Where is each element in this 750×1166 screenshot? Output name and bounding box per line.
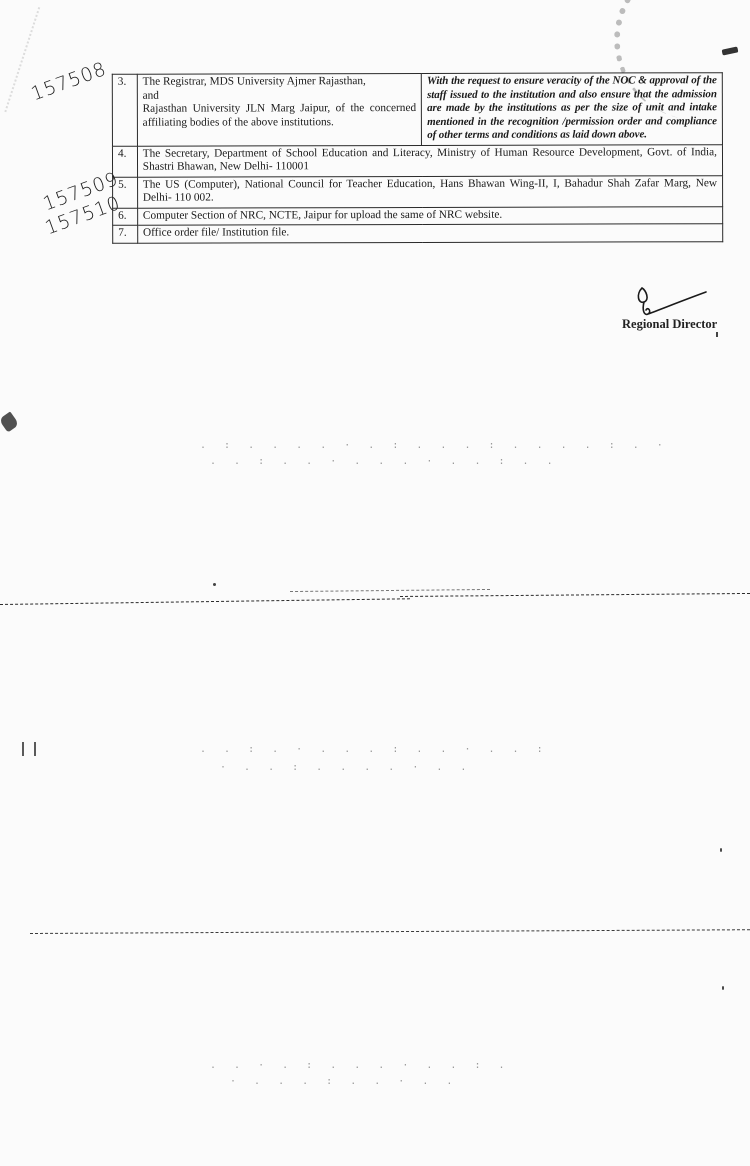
scan-noise: . : . . . . · . : . . . : . . . . : . · — [200, 440, 669, 451]
recipient-cell: The Secretary, Department of School Educ… — [137, 144, 722, 177]
note-cell: With the request to ensure veracity of t… — [422, 73, 723, 145]
scan-speck — [716, 332, 718, 337]
scan-speck — [720, 848, 722, 852]
handwritten-number-1: 157508 — [28, 58, 109, 106]
row-number: 5. — [113, 177, 138, 208]
scan-fold-line — [290, 589, 490, 592]
scan-speck — [22, 742, 36, 756]
row-number: 3. — [112, 74, 137, 146]
scan-noise: . . · . : . . . · . . : . — [210, 1060, 511, 1071]
recipient-line: The Registrar, MDS University Ajmer Raja… — [143, 75, 417, 89]
scan-fold-line — [0, 598, 410, 605]
recipient-cell: The Registrar, MDS University Ajmer Raja… — [137, 73, 422, 145]
recipient-cell: The US (Computer), National Council for … — [137, 175, 722, 208]
table-row: 6. Computer Section of NRC, NCTE, Jaipur… — [113, 207, 723, 226]
table-row: 3. The Registrar, MDS University Ajmer R… — [112, 73, 722, 146]
scanned-document-page: 157508 157509 157510 3. The Registrar, M… — [0, 0, 750, 1166]
table-row: 5. The US (Computer), National Council f… — [113, 175, 723, 208]
scan-speck — [0, 411, 19, 432]
signatory-title: Regional Director — [622, 317, 717, 332]
distribution-table: 3. The Registrar, MDS University Ajmer R… — [112, 72, 723, 244]
recipient-cell: Computer Section of NRC, NCTE, Jaipur fo… — [137, 207, 722, 226]
recipient-cell: Office order file/ Institution file. — [137, 224, 722, 243]
row-number: 7. — [113, 226, 138, 244]
recipient-line: and — [143, 89, 417, 103]
scan-speck — [213, 583, 216, 586]
scan-fold-line — [30, 929, 750, 934]
scan-noise: · . . : . . . . · . . — [220, 762, 472, 773]
scan-noise: . . : . · . . . : . . · . . : — [200, 744, 549, 755]
table-row: 4. The Secretary, Department of School E… — [112, 144, 722, 177]
table-row: 7. Office order file/ Institution file. — [113, 224, 723, 243]
scan-fold-line — [400, 593, 750, 597]
scan-noise: · . . . : . . · . . — [230, 1076, 458, 1087]
row-number: 4. — [112, 146, 137, 177]
scan-noise: . . : . . · . . . · . . : . . — [210, 456, 559, 467]
recipient-line: Rajasthan University JLN Marg Jaipur, of… — [143, 102, 417, 130]
row-number: 6. — [113, 208, 138, 226]
scan-speck — [722, 986, 724, 990]
